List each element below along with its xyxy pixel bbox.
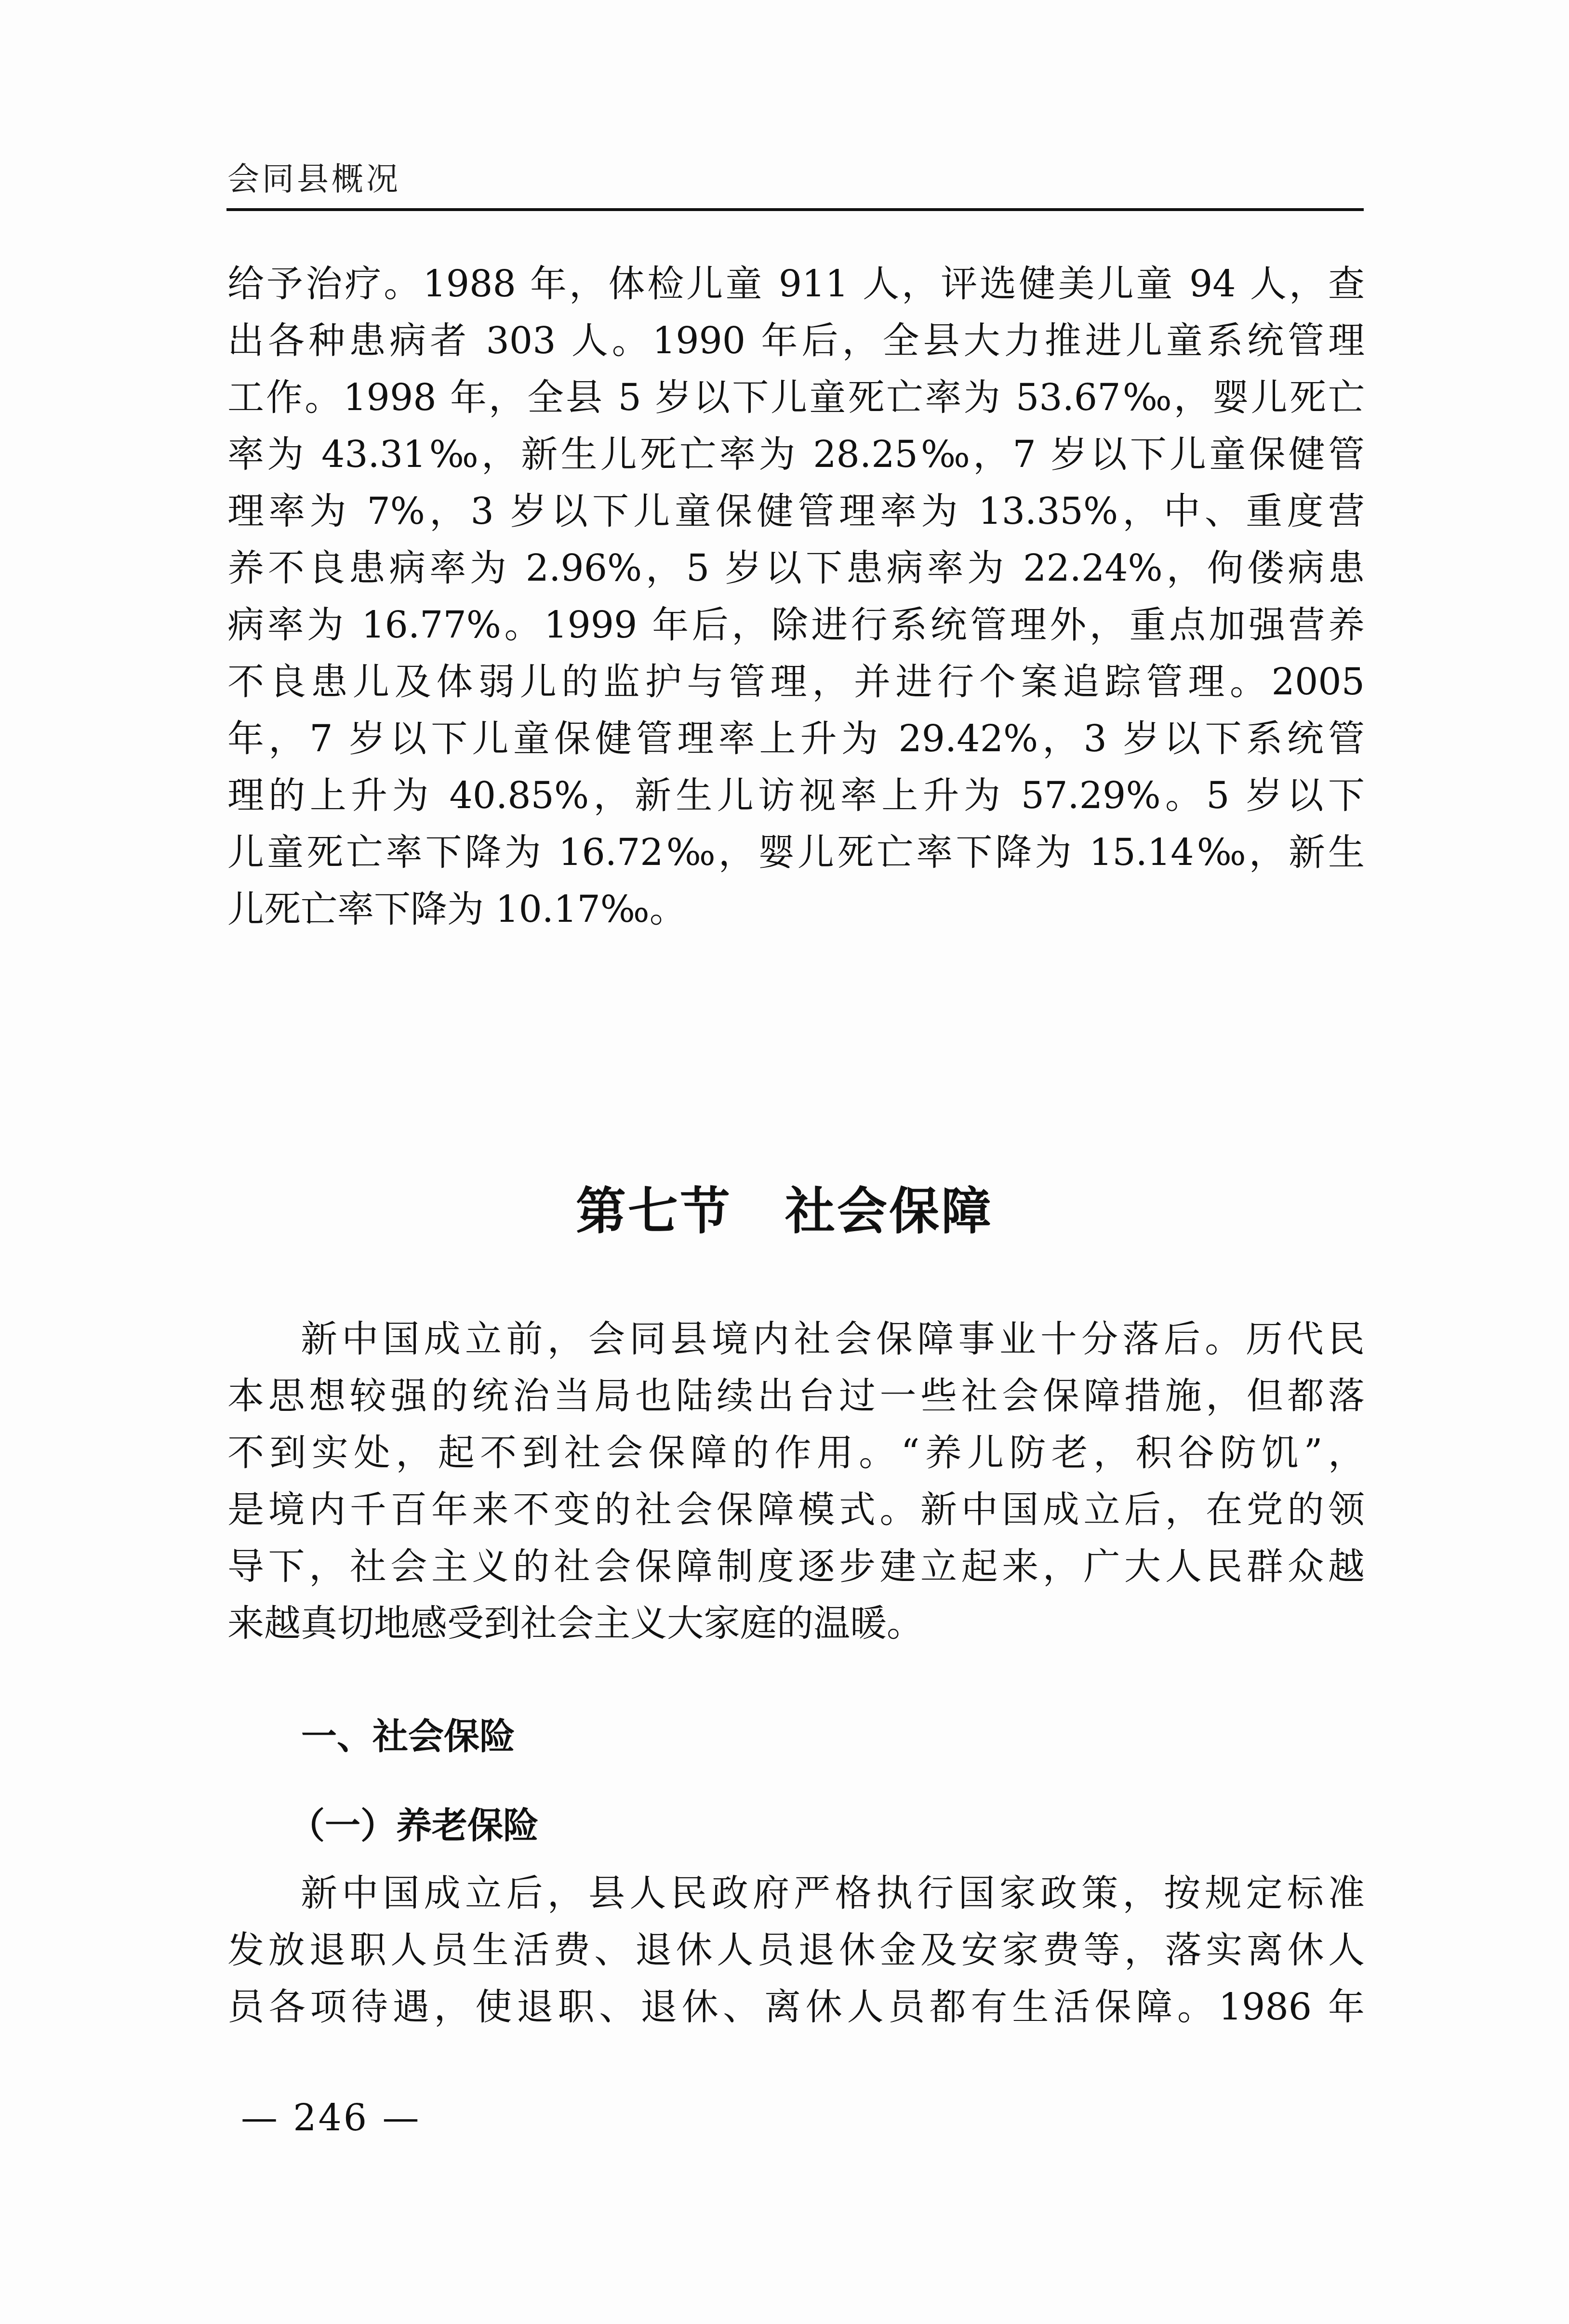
text-line: 出各种患病者 303 人。1990 年后，全县大力推进儿童系统管理	[227, 312, 1365, 369]
text-line: 儿死亡率下降为 10.17‰。	[227, 881, 1365, 938]
text-line: 病率为 16.77%。1999 年后，除进行系统管理外，重点加强营养	[227, 597, 1365, 653]
text-line: 率为 43.31‰，新生儿死亡率为 28.25‰，7 岁以下儿童保健管	[227, 426, 1365, 483]
running-head: 会同县概况	[227, 153, 401, 199]
text-line: 发放退职人员生活费、退休人员退休金及安家费等，落实离休人	[227, 1922, 1365, 1979]
text-line: 新中国成立前，会同县境内社会保障事业十分落后。历代民	[227, 1311, 1365, 1368]
subheading-social-insurance: 一、社会保险	[301, 1708, 515, 1759]
text-line: 工作。1998 年，全县 5 岁以下儿童死亡率为 53.67‰，婴儿死亡	[227, 369, 1365, 426]
text-line: 导下，社会主义的社会保障制度逐步建立起来，广大人民群众越	[227, 1538, 1365, 1595]
header-rule	[226, 208, 1364, 211]
text-line: 理的上升为 40.85%，新生儿访视率上升为 57.29%。5 岁以下	[227, 767, 1365, 824]
paragraph-social-security-intro: 新中国成立前，会同县境内社会保障事业十分落后。历代民 本思想较强的统治当局也陆续…	[227, 1311, 1365, 1652]
text-line: 儿童死亡率下降为 16.72‰，婴儿死亡率下降为 15.14‰，新生	[227, 824, 1365, 881]
subheading-pension-insurance: （一）养老保险	[289, 1797, 539, 1848]
text-line: 是境内千百年来不变的社会保障模式。新中国成立后，在党的领	[227, 1481, 1365, 1538]
text-line: 不到实处，起不到社会保障的作用。“养儿防老，积谷防饥”，	[227, 1424, 1365, 1481]
text-line: 养不良患病率为 2.96%，5 岁以下患病率为 22.24%，佝偻病患	[227, 540, 1365, 597]
book-page: 会同县概况 给予治疗。1988 年，体检儿童 911 人，评选健美儿童 94 人…	[0, 0, 1569, 2324]
section-number: 第七节	[576, 1182, 732, 1241]
page-number: — 246 —	[241, 2096, 421, 2139]
text-line: 员各项待遇，使退职、退休、离休人员都有生活保障。1986 年	[227, 1979, 1365, 2035]
text-line: 理率为 7%，3 岁以下儿童保健管理率为 13.35%，中、重度营	[227, 483, 1365, 540]
text-line: 给予治疗。1988 年，体检儿童 911 人，评选健美儿童 94 人，查	[227, 255, 1365, 312]
text-line: 本思想较强的统治当局也陆续出台过一些社会保障措施，但都落	[227, 1368, 1365, 1424]
paragraph-child-health: 给予治疗。1988 年，体检儿童 911 人，评选健美儿童 94 人，查 出各种…	[227, 255, 1365, 938]
section-title: 第七节社会保障	[0, 1171, 1569, 1243]
section-name: 社会保障	[785, 1182, 993, 1241]
paragraph-pension: 新中国成立后，县人民政府严格执行国家政策，按规定标准 发放退职人员生活费、退休人…	[227, 1865, 1365, 2035]
text-line: 年，7 岁以下儿童保健管理率上升为 29.42%，3 岁以下系统管	[227, 710, 1365, 767]
text-line: 新中国成立后，县人民政府严格执行国家政策，按规定标准	[227, 1865, 1365, 1922]
text-line: 不良患儿及体弱儿的监护与管理，并进行个案追踪管理。2005	[227, 653, 1365, 710]
text-line: 来越真切地感受到社会主义大家庭的温暖。	[227, 1595, 1365, 1652]
